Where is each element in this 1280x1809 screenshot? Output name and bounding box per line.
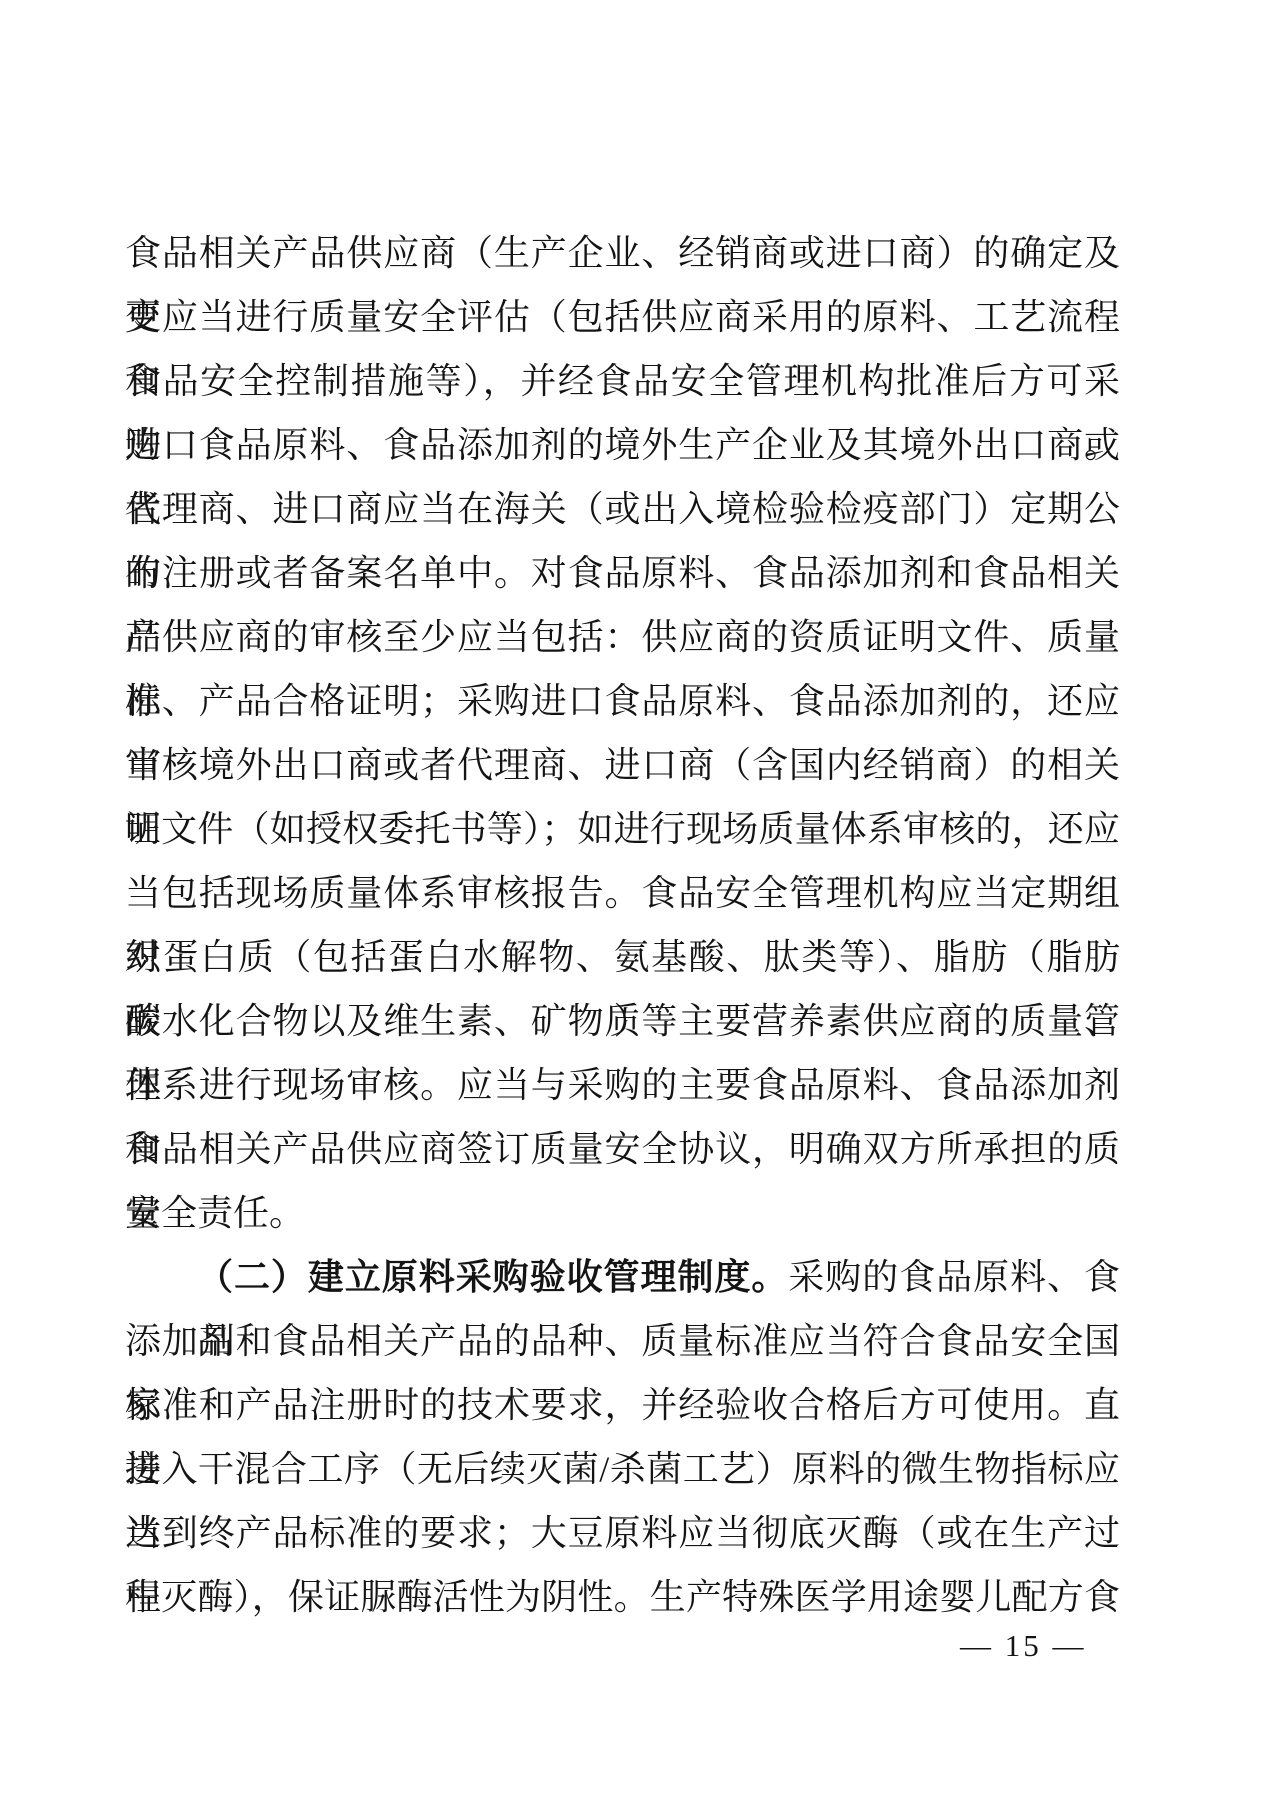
paragraph-2-first-line: （二）建立原料采购验收管理制度。采购的食品原料、食品 bbox=[125, 1245, 1120, 1309]
text-line: 中灭酶），保证脲酶活性为阴性。生产特殊医学用途婴儿配方食 bbox=[125, 1565, 1120, 1629]
text-line: 明文件（如授权委托书等）；如进行现场质量体系审核的，还应 bbox=[125, 797, 1120, 861]
text-line: 达到终产品标准的要求；大豆原料应当彻底灭酶（或在生产过程 bbox=[125, 1501, 1120, 1565]
text-line: 食品相关产品供应商签订质量安全协议，明确双方所承担的质量 bbox=[125, 1117, 1120, 1181]
text-line: 标准和产品注册时的技术要求，并经验收合格后方可使用。直接 bbox=[125, 1373, 1120, 1437]
page-number: — 15 — bbox=[960, 1626, 1087, 1666]
text-line: 当包括现场质量体系审核报告。食品安全管理机构应当定期组织 bbox=[125, 861, 1120, 925]
text-line: 的注册或者备案名单中。对食品原料、食品添加剂和食品相关产 bbox=[125, 541, 1120, 605]
text-line: 进口食品原料、食品添加剂的境外生产企业及其境外出口商或者 bbox=[125, 413, 1120, 477]
text-line: 审核境外出口商或者代理商、进口商（含国内经销商）的相关证 bbox=[125, 733, 1120, 797]
text-line: 碳水化合物以及维生素、矿物质等主要营养素供应商的质量管理 bbox=[125, 989, 1120, 1053]
text-line: 食品相关产品供应商（生产企业、经销商或进口商）的确定及变 bbox=[125, 221, 1120, 285]
text-line: 安全责任。 bbox=[125, 1181, 1120, 1245]
text-line: 品供应商的审核至少应当包括：供应商的资质证明文件、质量标 bbox=[125, 605, 1120, 669]
text-line: 食品安全控制措施等），并经食品安全管理机构批准后方可采购。 bbox=[125, 349, 1120, 413]
body-text: 食品相关产品供应商（生产企业、经销商或进口商）的确定及变 更应当进行质量安全评估… bbox=[125, 221, 1120, 1629]
text-line: 体系进行现场审核。应当与采购的主要食品原料、食品添加剂和 bbox=[125, 1053, 1120, 1117]
document-page: 食品相关产品供应商（生产企业、经销商或进口商）的确定及变 更应当进行质量安全评估… bbox=[0, 0, 1280, 1809]
text-line: 代理商、进口商应当在海关（或出入境检验检疫部门）定期公布 bbox=[125, 477, 1120, 541]
text-line: 进入干混合工序（无后续灭菌/杀菌工艺）原料的微生物指标应当 bbox=[125, 1437, 1120, 1501]
text-line: 添加剂和食品相关产品的品种、质量标准应当符合食品安全国家 bbox=[125, 1309, 1120, 1373]
text-line: 对蛋白质（包括蛋白水解物、氨基酸、肽类等）、脂肪（脂肪酸）、 bbox=[125, 925, 1120, 989]
section-heading: （二）建立原料采购验收管理制度。 bbox=[197, 1257, 788, 1297]
text-line: 更应当进行质量安全评估（包括供应商采用的原料、工艺流程和 bbox=[125, 285, 1120, 349]
text-line: 准、产品合格证明；采购进口食品原料、食品添加剂的，还应当 bbox=[125, 669, 1120, 733]
